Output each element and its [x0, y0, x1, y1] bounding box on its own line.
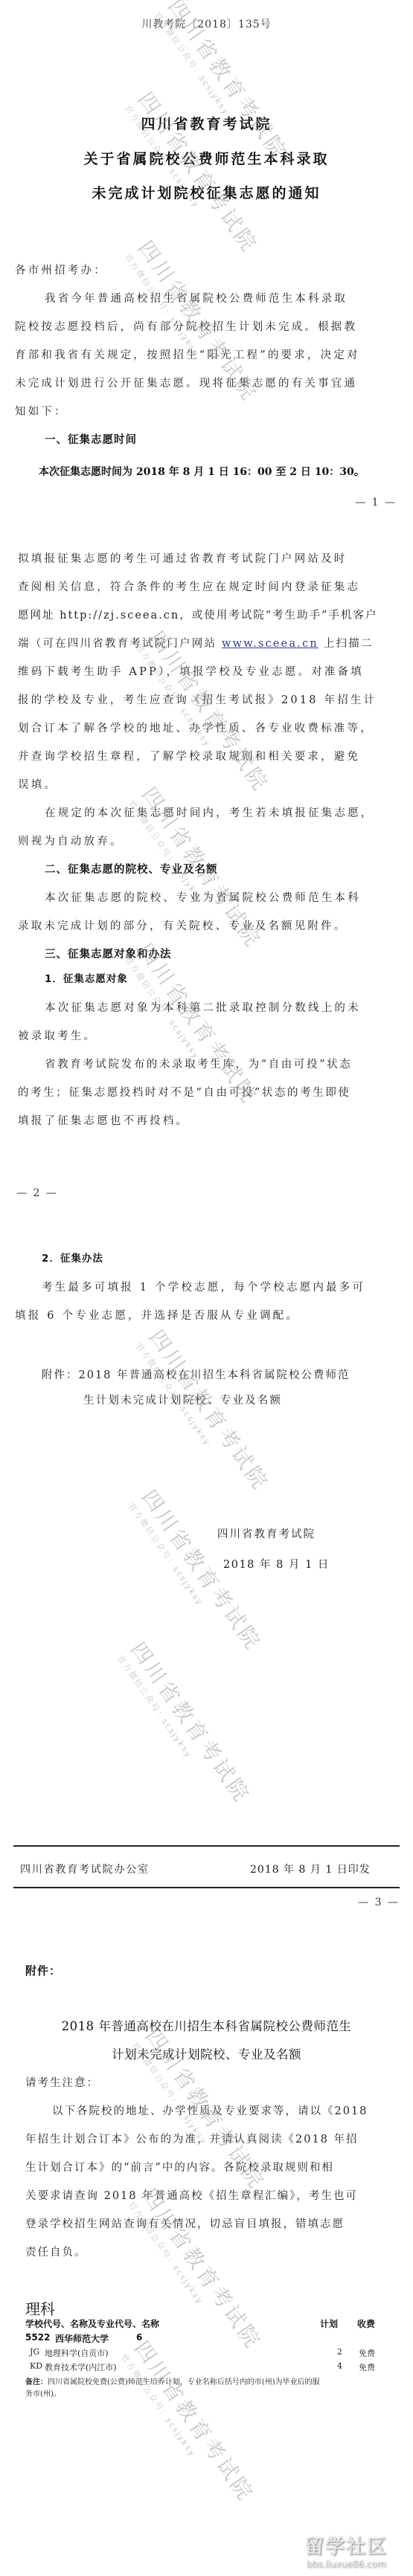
- attachment-label: 附件：: [25, 1963, 61, 1978]
- para-line: 则视为自动放弃。: [18, 833, 397, 848]
- para-text: 上扫描二: [318, 638, 374, 650]
- attachment-reference: 生计划未完成计划院校、专业及名额: [83, 1392, 413, 1407]
- major-plan: 4: [337, 2361, 342, 2371]
- school-code: 5522: [25, 2332, 50, 2343]
- subsection-2-heading: 2．征集办法: [42, 1250, 413, 1265]
- para-line: 愿网址 http://zj.sceea.cn，或使用考试院“考生助手”手机客户: [18, 607, 397, 622]
- para-line: 划合订本了解各学校的地址、办学性质、各专业收费标准等，: [18, 720, 397, 735]
- section-2-heading: 二、征集志愿的院校、专业及名额: [45, 861, 397, 877]
- attachment-title-line-2: 计划未完成计划院校、专业及名额: [0, 2044, 413, 2062]
- para-line: 报的学校及专业，考生应查询《招生考试报》2018 年招生计: [18, 691, 397, 707]
- document-number: 川教考院〔2018〕135号: [0, 16, 413, 31]
- header-name: 学校代号、名称及专业代号、名称: [25, 2317, 159, 2330]
- page-marker-3: — 3 —: [358, 1897, 400, 1908]
- notice-line: 生计划合订本》的“前言”中的内容。各院校录取规则和相: [25, 2159, 405, 2175]
- footer-print-date: 2018 年 8 月 1 日印发: [250, 1862, 371, 1876]
- major-fee: 免费: [359, 2361, 375, 2373]
- notice-line: 登录学校招生网站查询有关情况，切忌盲目填报，错填志愿: [25, 2215, 405, 2231]
- footer-office: 四川省教育考试院办公室: [20, 1862, 150, 1876]
- notice-title-line-1: 关于省属院校公费师范生本科录取: [0, 148, 413, 168]
- signature-organization: 四川省教育考试院: [217, 1526, 316, 1541]
- enrollment-table: 学校代号、名称及专业代号、名称 计划 收费 5522 西华师范大学 6 JG 地…: [25, 2317, 387, 2400]
- para-line: 省教育考试院发布的未录取考生库，为“自由可投”状态: [45, 1056, 397, 1071]
- table-note: 备注：四川省属院校免费(公费)师范生培养计划，专业名称后括号内的市(州)为毕业后…: [25, 2375, 387, 2389]
- notice-line: 年招生计划合订本》公布的为准，并请认真阅读《2018 年招: [25, 2131, 405, 2146]
- major-code: KD: [30, 2361, 42, 2371]
- attachment-reference: 附件：2018 年普通高校在川招生本科省属院校公费师范: [42, 1366, 413, 1382]
- para-line: 考生最多可填报 1 个学校志愿，每个学校志愿内最多可: [42, 1279, 413, 1294]
- intro-line: 院校按志愿投档后，尚有部分院校招生计划未完成。根据教: [15, 318, 394, 334]
- para-line: 误填。: [18, 776, 397, 792]
- notice-line: 责任自负。: [25, 2244, 405, 2259]
- major-plan: 2: [337, 2347, 342, 2357]
- table-row: KD 教育技术学(内江市) 4 免费: [25, 2361, 387, 2375]
- page-marker-2: — 2 —: [16, 1187, 58, 1199]
- watermark: 四川省教育考试院 官方微信公众号：scsjyksy: [126, 1483, 269, 1663]
- para-line: 查阅相关信息，符合条件的考生应在规定时间内登录征集志: [18, 578, 397, 594]
- section-1-time: 本次征集志愿时间为 2018 年 8 月 1 日 16：00 至 2 日 10：…: [39, 464, 413, 479]
- issuer-title: 四川省教育考试院: [0, 113, 413, 133]
- note-label: 备注：: [25, 2378, 48, 2386]
- note-text: 四川省属院校免费(公费)师范生培养计划，专业名称后括号内的市(州)为毕业后的服: [48, 2378, 320, 2386]
- signature-date: 2018 年 8 月 1 日: [223, 1556, 330, 1572]
- section-1-heading: 一、征集志愿时间: [45, 431, 397, 447]
- website-link[interactable]: www.sceea.cn: [222, 638, 318, 650]
- para-line: 录取未完成计划的部分，有关院校、专业及名额见附件。: [18, 917, 397, 933]
- site-logo-url: bbs.liuxue86.com: [286, 2559, 406, 2569]
- para-line: 在规定的本次征集志愿时间内，考生若未填报征集志愿，: [45, 804, 397, 820]
- salutation: 各市州招考办：: [15, 262, 394, 277]
- header-plan: 计划: [320, 2317, 338, 2330]
- major-fee: 免费: [359, 2347, 375, 2359]
- intro-line: 知如下：: [15, 403, 394, 419]
- intro-line: 育部和我省有关规定，按照招生“阳光工程”的要求，决定对: [15, 346, 394, 362]
- intro-line: 未完成计划进行公开征集志愿。现将征集志愿的有关事宜通: [15, 375, 394, 390]
- para-line: 本次征集志愿对象为本科第二批录取控制分数线上的未: [45, 999, 397, 1015]
- para-line: 并查询学校招生章程，了解学校录取规则和相关要求，避免: [18, 748, 397, 764]
- page-marker-1: — 1 —: [355, 497, 397, 509]
- para-line: 维码下载考生助手 APP），填报学校及专业志愿。对准备填: [18, 663, 397, 679]
- footer-rule-bottom: [13, 1887, 400, 1888]
- notice-label: 请考生注意：: [25, 2074, 405, 2090]
- site-logo[interactable]: 留学社区 bbs.liuxue86.com: [286, 2531, 406, 2569]
- para-line: 拟填报征集志愿的考生可通过省教育考试院门户网站及时: [18, 550, 397, 566]
- para-line: 的考生；征集志愿投档时对不是“自由可投”状态的考生即使: [18, 1084, 397, 1100]
- para-text: 端（可在四川省教育考试院门户网站: [18, 638, 222, 650]
- major-name: 地理科学(自贡市): [45, 2347, 109, 2359]
- school-name: 西华师范大学: [55, 2332, 109, 2345]
- para-line: 填报 6 个专业志愿，并选择是否服从专业调配。: [15, 1307, 394, 1323]
- para-line: 本次征集志愿的院校、专业为省属院校公费师范生本科: [45, 889, 397, 905]
- notice-line: 以下各院校的地址、办学性质及专业要求等，请以《2018: [52, 2102, 413, 2118]
- notice-line: 关要求请查询 2018 年普通高校《招生章程汇编》，考生也可: [25, 2187, 405, 2203]
- watermark: 四川省教育考试院 官方微信公众号：scsjyksy: [115, 1636, 258, 1815]
- header-fee: 收费: [357, 2317, 375, 2330]
- school-total: 6: [136, 2332, 142, 2343]
- major-name: 教育技术学(内江市): [45, 2361, 117, 2373]
- para-line: 被录取考生。: [18, 1027, 397, 1043]
- subsection-1-heading: 1．征集志愿对象: [45, 970, 397, 985]
- watermark: 四川省教育考试院 官方微信公众号：scsjyksy: [133, 1323, 277, 1503]
- section-3-heading: 三、征集志愿对象和办法: [45, 946, 397, 961]
- subject-category: 理科: [25, 2297, 55, 2319]
- intro-line: 我省今年普通高校招生省属院校公费师范生本科录取: [45, 290, 397, 306]
- table-row: JG 地理科学(自贡市) 2 免费: [25, 2347, 387, 2361]
- notice-title-line-2: 未完成计划院校征集志愿的通知: [0, 182, 413, 202]
- table-note-continued: 务市(州)。: [25, 2389, 387, 2400]
- footer-rule-top: [13, 1845, 400, 1847]
- para-line: 填报了征集志愿也不再投档。: [18, 1112, 397, 1128]
- major-code: JG: [30, 2347, 39, 2357]
- table-header-row: 学校代号、名称及专业代号、名称 计划 收费: [25, 2317, 387, 2332]
- school-row: 5522 西华师范大学 6: [25, 2332, 387, 2347]
- site-logo-name: 留学社区: [286, 2531, 406, 2559]
- para-line-with-link: 端（可在四川省教育考试院门户网站 www.sceea.cn 上扫描二: [18, 635, 397, 651]
- attachment-title-line-1: 2018 年普通高校在川招生本科省属院校公费师范生: [0, 2016, 413, 2034]
